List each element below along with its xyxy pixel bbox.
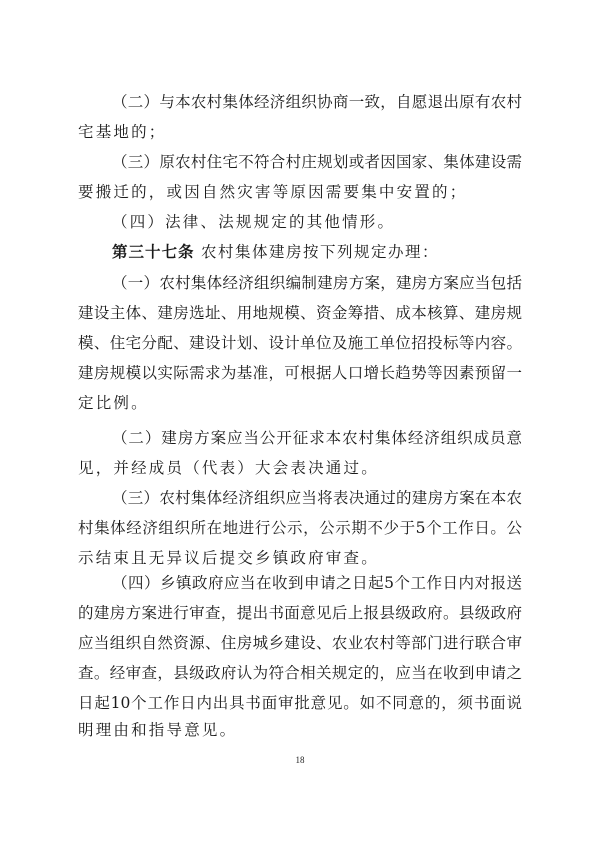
paragraph-line: 要搬迁的，或因自然灾害等原因需要集中安置的； [78,181,522,203]
paragraph-line: 建设主体、建房选址、用地规模、资金筹措、成本核算、建房规 [78,302,522,324]
paragraph-line: （三）原农村住宅不符合村庄规划或者因国家、集体建设需 [112,151,522,173]
page-number: 18 [0,755,600,765]
paragraph-line: （二）与本农村集体经济组织协商一致，自愿退出原有农村 [112,91,522,113]
paragraph-line: 村集体经济组织所在地进行公示，公示期不少于5个工作日。公 [78,517,522,539]
article-number: 第三十七条 [112,243,195,261]
paragraph-line: （三）农村集体经济组织应当将表决通过的建房方案在本农 [112,487,522,509]
paragraph-line: 明理由和指导意见。 [78,719,522,741]
paragraph-line: （四）法律、法规规定的其他情形。 [112,211,522,233]
paragraph-line: 的建房方案进行审查，提出书面意见后上报县级政府。县级政府 [78,602,522,624]
paragraph-line: （四）乡镇政府应当在收到申请之日起5个工作日内对报送 [112,572,522,594]
article-intro: 农村集体建房按下列规定办理： [195,243,439,261]
paragraph-line: 建房规模以实际需求为基准，可根据人口增长趋势等因素预留一 [78,362,522,384]
paragraph-line: 示结束且无异议后提交乡镇政府审查。 [78,547,522,569]
paragraph-line: 查。经审查，县级政府认为符合相关规定的，应当在收到申请之 [78,662,522,684]
paragraph-line: 应当组织自然资源、住房城乡建设、农业农村等部门进行联合审 [78,632,522,654]
paragraph-line: 宅基地的； [78,121,522,143]
paragraph-line: （一）农村集体经济组织编制建房方案，建房方案应当包括 [112,272,522,294]
document-page: （二）与本农村集体经济组织协商一致，自愿退出原有农村 宅基地的； （三）原农村住… [0,0,600,848]
paragraph-line: 日起10个工作日内出具书面审批意见。如不同意的，须书面说 [78,692,522,714]
paragraph-line: 模、住宅分配、建设计划、设计单位及施工单位招投标等内容。 [78,332,522,354]
article-heading-line: 第三十七条 农村集体建房按下列规定办理： [112,241,522,263]
paragraph-line: 定比例。 [78,392,522,414]
paragraph-line: （二）建房方案应当公开征求本农村集体经济组织成员意 [112,427,522,449]
paragraph-line: 见，并经成员（代表）大会表决通过。 [78,457,522,479]
